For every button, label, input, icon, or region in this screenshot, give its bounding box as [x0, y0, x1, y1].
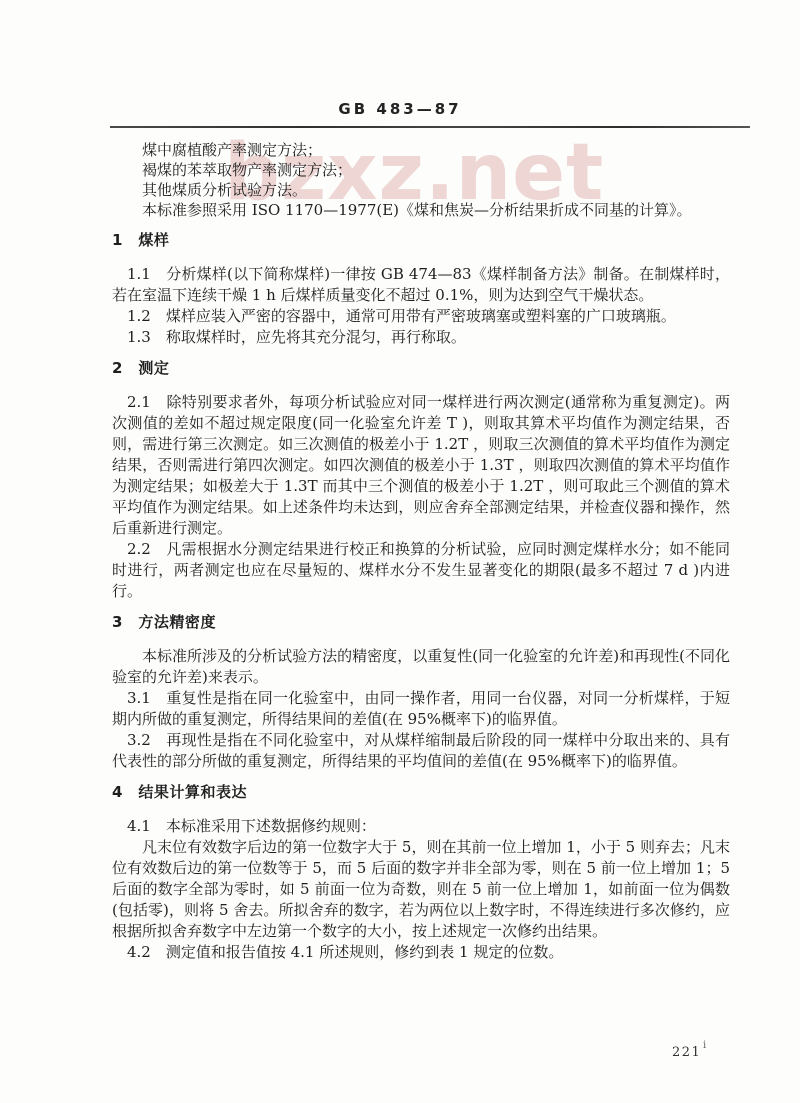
- clause-1.1: 1.1 分析煤样(以下简称煤样)一律按 GB 474—83《煤样制备方法》制备。…: [112, 264, 730, 306]
- page-number: 221: [672, 1045, 701, 1060]
- clause-2.1: 2.1 除特别要求者外，每项分析试验应对同一煤样进行两次测定(通常称为重复测定)…: [112, 392, 730, 539]
- standard-code-header: GB 483—87: [0, 100, 800, 118]
- section-1-title: 1 煤样: [112, 230, 730, 251]
- intro-line-2: 褐煤的苯萃取物产率测定方法；: [112, 160, 730, 180]
- section-2-title: 2 测定: [112, 358, 730, 379]
- clause-2.2: 2.2 凡需根据水分测定结果进行校正和换算的分析试验，应同时测定煤样水分；如不能…: [112, 539, 730, 602]
- clause-1.2: 1.2 煤样应装入严密的容器中，通常可用带有严密玻璃塞或塑料塞的广口玻璃瓶。: [112, 306, 730, 327]
- clause-1.3: 1.3 称取煤样时，应先将其充分混匀，再行称取。: [112, 327, 730, 348]
- intro-line-1: 煤中腐植酸产率测定方法；: [112, 140, 730, 160]
- body-paragraph: 本标准所涉及的分析试验方法的精密度，以重复性(同一化验室的允许差)和再现性(不同…: [112, 646, 730, 688]
- clause-4.2: 4.2 测定值和报告值按 4.1 所述规则，修约到表 1 规定的位数。: [112, 942, 730, 963]
- clause-3.2: 3.2 再现性是指在不同化验室中，对从煤样缩制最后阶段的同一煤样中分取出来的、具…: [112, 730, 730, 772]
- clause-4.1: 4.1 本标准采用下述数据修约规则：: [112, 816, 730, 837]
- scan-artifact-mark: ⅰ: [703, 1040, 706, 1051]
- header-divider: [110, 126, 750, 128]
- intro-line-3: 其他煤质分析试验方法。: [112, 180, 730, 200]
- intro-line-4: 本标准参照采用 ISO 1170—1977(E)《煤和焦炭—分析结果折成不同基的…: [112, 200, 730, 220]
- body-paragraph: 凡末位有效数字后边的第一位数字大于 5，则在其前一位上增加 1，小于 5 则弃去…: [112, 837, 730, 942]
- section-3-title: 3 方法精密度: [112, 612, 730, 633]
- sections: 1 煤样1.1 分析煤样(以下简称煤样)一律按 GB 474—83《煤样制备方法…: [112, 230, 730, 963]
- section-4-title: 4 结果计算和表达: [112, 782, 730, 803]
- clause-3.1: 3.1 重复性是指在同一化验室中，由同一操作者，用同一台仪器，对同一分析煤样，于…: [112, 688, 730, 730]
- scanned-standard-page: bzxz.net GB 483—87 煤中腐植酸产率测定方法；褐煤的苯萃取物产率…: [0, 0, 800, 1103]
- intro-list: 煤中腐植酸产率测定方法；褐煤的苯萃取物产率测定方法；其他煤质分析试验方法。本标准…: [112, 140, 730, 220]
- document-body: 煤中腐植酸产率测定方法；褐煤的苯萃取物产率测定方法；其他煤质分析试验方法。本标准…: [112, 140, 730, 963]
